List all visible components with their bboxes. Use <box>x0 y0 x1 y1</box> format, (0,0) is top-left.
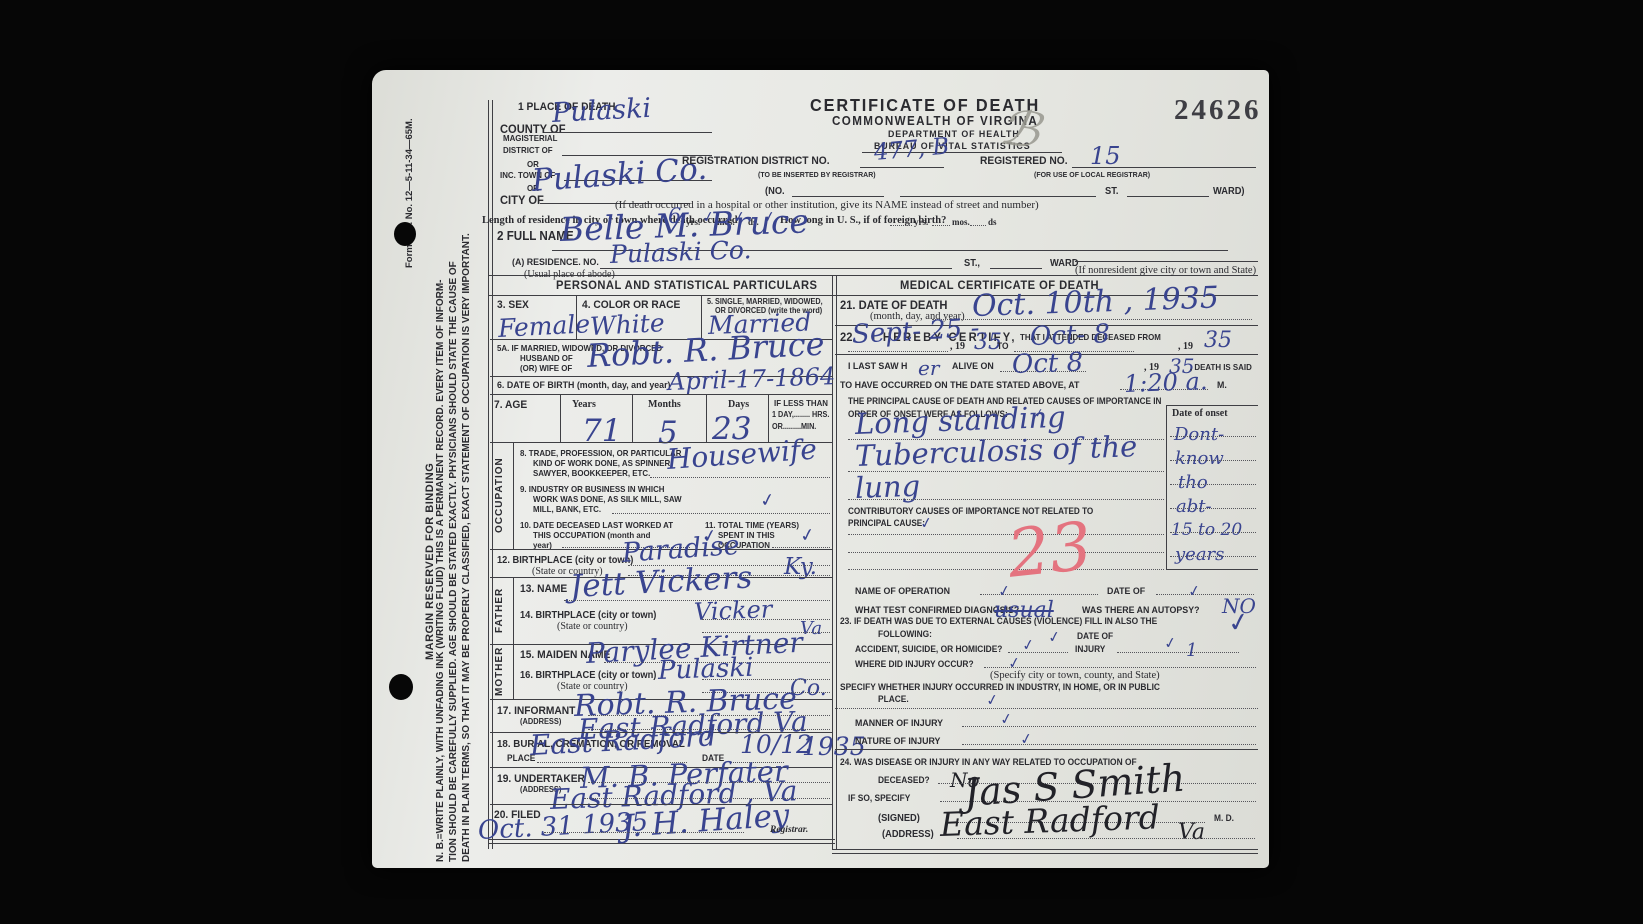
informant-label: 17. INFORMANT <box>497 706 575 718</box>
side-box-divider <box>513 442 514 549</box>
registration-district-value: 477, B <box>873 135 950 164</box>
local-registrar-note: (FOR USE OF LOCAL REGISTRAR) <box>1034 171 1150 179</box>
leader <box>970 225 986 226</box>
manner-checkmark: ✓ <box>999 709 1015 729</box>
district-of-label: DISTRICT OF <box>503 146 553 155</box>
leader <box>848 569 1164 570</box>
registration-district-label: REGISTRATION DISTRICT NO. <box>682 156 830 168</box>
leader <box>1170 436 1256 437</box>
married-label-2: HUSBAND OF <box>520 354 573 363</box>
county-value-handwriting: Pulaski <box>551 95 651 127</box>
if-less-label-3: OR.........MIN. <box>772 423 816 431</box>
photo-background: Form V. S. No. 12—5-11-34—65M. MARGIN RE… <box>0 0 1643 924</box>
burial-place-handwriting: East Radford <box>529 722 717 760</box>
injury-mark-handwriting: 1 <box>1186 642 1197 660</box>
physician-state-handwriting: Va <box>1178 822 1205 844</box>
registered-no-value: 15 <box>1090 144 1121 168</box>
industry-label-2: WORK WAS DONE, AS SILK MILL, SAW <box>533 495 682 504</box>
accident-checkmark: ✓ <box>1021 635 1037 655</box>
to-label: TO <box>997 342 1008 351</box>
st-rule <box>1127 196 1209 197</box>
leader <box>702 679 830 680</box>
registered-no-label: REGISTERED NO. <box>980 156 1068 168</box>
nb-line-2: TION SHOULD BE CAREFULLY SUPPLIED. AGE S… <box>447 110 460 862</box>
nature-label: NATURE OF INJURY <box>855 737 940 747</box>
leader <box>544 832 744 833</box>
occupation-side-label: OCCUPATION <box>494 442 505 549</box>
column-divider <box>832 275 837 849</box>
street-rule <box>900 196 1096 197</box>
red-pencil-number: 23 <box>1005 513 1095 587</box>
no-rule <box>792 196 884 197</box>
trade-label-1: 8. TRADE, PROFESSION, OR PARTICULAR <box>520 449 681 458</box>
leader <box>650 477 830 478</box>
certificate-number-stamp: 24626 <box>1174 94 1262 127</box>
year-prefix-1: , 19 <box>950 342 965 353</box>
age-label: 7. AGE <box>494 400 527 412</box>
onset-line-6: years <box>1175 546 1224 564</box>
specify-label-1: SPECIFY WHETHER INJURY OCCURRED IN INDUS… <box>840 683 1160 692</box>
filed-signature-handwriting: J. H. Haley <box>621 800 791 843</box>
cause-line-2-handwriting: Tuberculosis of the <box>854 432 1137 471</box>
industry-checkmark: ✓ <box>758 489 777 512</box>
nonresident-note: (If nonresident give city or town and St… <box>1075 265 1256 276</box>
form-left-border <box>488 100 493 849</box>
leader <box>584 798 830 799</box>
dod-label: 21. DATE OF DEATH <box>840 299 947 312</box>
onset-box-top <box>1166 405 1258 406</box>
specify-checkmark: ✓ <box>985 690 1001 710</box>
last-saw-handwriting: Oct 8 <box>1012 350 1084 378</box>
onset-line-4: abt- <box>1176 498 1212 516</box>
if-less-label-1: IF LESS THAN <box>774 399 828 408</box>
leader <box>848 499 1164 500</box>
address-label: (ADDRESS) <box>882 830 934 841</box>
sex-label: 3. SEX <box>497 300 529 312</box>
row-rule <box>835 749 1258 750</box>
registrar-insert-note: (TO BE INSERTED BY REGISTRAR) <box>758 171 876 179</box>
manner-label: MANNER OF INJURY <box>855 719 943 729</box>
birthplace-label: 12. BIRTHPLACE (city or town) <box>497 556 633 567</box>
last-worked-label-1: 10. DATE DECEASED LAST WORKED AT <box>520 521 673 530</box>
residence-a-handwriting: Pulaski Co. <box>610 237 752 267</box>
leader <box>1170 484 1256 485</box>
street-no-label: (NO. <box>765 187 785 198</box>
onset-label: Date of onset <box>1172 409 1228 420</box>
dob-label: 6. DATE OF BIRTH (month, day, and year) <box>497 381 670 391</box>
leader <box>848 552 1164 553</box>
yrs2-label: yrs. <box>914 218 928 227</box>
autopsy-label: WAS THERE AN AUTOPSY? <box>1082 606 1199 616</box>
if-so-label: IF SO, SPECIFY <box>848 794 910 803</box>
industry-label-3: MILL, BANK, ETC. <box>533 505 601 514</box>
months-header: Months <box>648 400 681 411</box>
occurred-label: TO HAVE OCCURRED ON THE DATE STATED ABOV… <box>840 381 1079 391</box>
physician-city-handwriting: East Radford <box>939 800 1160 841</box>
trade-label-3: SAWYER, BOOKKEEPER, ETC. <box>533 469 650 478</box>
last-saw-label-1: I LAST SAW H <box>848 362 907 372</box>
industry-label-1: 9. INDUSTRY OR BUSINESS IN WHICH <box>520 485 665 494</box>
where-injury-label: WHERE DID INJURY OCCUR? <box>855 660 974 669</box>
dob-handwriting: April-17-1864 <box>668 364 836 394</box>
attended-to-year-handwriting: 35 <box>1204 330 1232 352</box>
nb-line-1: N. B.=WRITE PLAINLY, WITH UNFADING INK (… <box>434 110 447 862</box>
father-bp-state-handwriting: Va <box>800 620 822 638</box>
side-box-divider <box>513 577 514 644</box>
specify-label-2: PLACE. <box>878 695 909 704</box>
sex-value-handwriting: Female <box>497 311 590 341</box>
onset-line-5: 15 to 20 <box>1171 522 1242 539</box>
nb-instructions: N. B.=WRITE PLAINLY, WITH UNFADING INK (… <box>434 110 473 862</box>
years-header: Years <box>572 400 596 411</box>
where-sub-note: (Specify city or town, county, and State… <box>990 670 1160 681</box>
total-time-checkmark: ✓ <box>798 524 817 547</box>
ds2-label: ds <box>988 218 997 227</box>
leader <box>1170 508 1256 509</box>
regdist-rule <box>860 167 944 168</box>
md-label: M. D. <box>1214 814 1234 823</box>
father-bp-sub: (State or country) <box>557 622 628 633</box>
external-checkmark: ✓ <box>1047 627 1063 647</box>
father-name-label: 13. NAME <box>520 584 567 596</box>
st-label: ST. <box>1105 187 1118 198</box>
residence-a-rule <box>600 268 952 269</box>
accident-label: ACCIDENT, SUICIDE, OR HOMICIDE? <box>855 645 1002 654</box>
operation-date-checkmark: ✓ <box>1187 581 1203 601</box>
dod-handwriting: Oct. 10th , 1935 <box>971 283 1219 322</box>
mother-bp-label: 16. BIRTHPLACE (city or town) <box>520 671 656 682</box>
last-saw-er-handwriting: er <box>918 358 939 378</box>
leader <box>848 351 948 352</box>
father-side-label: FATHER <box>494 577 505 644</box>
leader <box>1170 532 1256 533</box>
leader <box>957 838 1255 839</box>
magisterial-label: MAGISTERIAL <box>503 134 557 143</box>
onset-line-2: know <box>1175 450 1224 468</box>
leader <box>702 619 830 620</box>
nature-checkmark: ✓ <box>1019 729 1035 749</box>
ward-label: WARD) <box>1213 187 1245 198</box>
informant-addr-label: (ADDRESS) <box>520 718 561 726</box>
mos2-label: mos. <box>952 218 970 227</box>
trade-label-2: KIND OF WORK DONE, AS SPINNER, <box>533 459 672 468</box>
operation-date-label: DATE OF <box>1107 587 1145 597</box>
leader <box>932 225 950 226</box>
if-less-label-2: 1 DAY,........ HRS. <box>772 411 829 419</box>
leader <box>835 708 1258 709</box>
operation-label: NAME OF OPERATION <box>855 587 950 597</box>
mother-side-label: MOTHER <box>494 644 505 699</box>
left-band-title: PERSONAL AND STATISTICAL PARTICULARS <box>556 279 817 292</box>
signed-label: (SIGNED) <box>878 814 920 825</box>
married-label-3: (OR) WIFE OF <box>520 364 572 373</box>
leader <box>588 715 830 716</box>
leader <box>612 513 830 514</box>
county-rule <box>544 132 712 133</box>
leader <box>1117 652 1239 653</box>
leader <box>1170 460 1256 461</box>
punch-hole-top <box>394 222 416 246</box>
attended-to-handwriting: Oct- 8 <box>1030 321 1111 350</box>
leader <box>588 782 830 783</box>
injury-date-checkmark: ✓ <box>1163 633 1179 653</box>
onset-line-1: Dont- <box>1174 426 1224 444</box>
registrar-label: Registrar. <box>770 826 808 836</box>
deceased-label: DECEASED? <box>878 776 930 785</box>
father-bp-label: 14. BIRTHPLACE (city or town) <box>520 611 656 622</box>
death-certificate-document: Form V. S. No. 12—5-11-34—65M. MARGIN RE… <box>372 70 1269 868</box>
punch-hole-bottom <box>389 674 413 700</box>
injury-date-label-2: INJURY <box>1075 645 1105 654</box>
right-bottom-border <box>832 849 1258 854</box>
cell-divider <box>560 394 561 442</box>
onset-box-divider <box>1166 405 1167 569</box>
leader <box>890 225 912 226</box>
total-time-label-1: 11. TOTAL TIME (YEARS) <box>705 521 799 530</box>
cell-divider <box>632 394 633 442</box>
st2-label: ST., <box>964 259 980 270</box>
cell-divider <box>706 394 707 442</box>
row-rule <box>490 394 832 395</box>
last-saw-label-2: ALIVE ON <box>952 362 994 372</box>
st2-rule <box>990 268 1042 269</box>
days-header: Days <box>728 400 749 411</box>
residence-a-label: (A) RESIDENCE. NO. <box>512 258 599 268</box>
side-box-divider <box>513 644 514 699</box>
nonresident-rule <box>1075 261 1258 262</box>
onset-line-3: tho <box>1178 474 1208 492</box>
nb-line-3: DEATH IN PLAIN TERMS, SO THAT IT MAY BE … <box>460 110 473 862</box>
leader <box>962 744 1256 745</box>
occurred-m-label: M. <box>1217 381 1227 391</box>
leader <box>984 667 1256 668</box>
year-prefix-2: , 19 <box>1178 342 1193 353</box>
contributory-label-2: PRINCIPAL CAUSE: <box>848 519 925 528</box>
external-label-1: 23. IF DEATH WAS DUE TO EXTERNAL CAUSES … <box>840 617 1157 626</box>
onset-box-bottom <box>1166 569 1258 570</box>
occurred-time-handwriting: 1:20 a. <box>1124 369 1208 396</box>
injury-date-label-1: DATE OF <box>1077 632 1113 641</box>
marital-label-1: 5. SINGLE, MARRIED, WIDOWED, <box>707 298 823 306</box>
regno-rule <box>1072 167 1256 168</box>
trade-value-handwriting: Housewife <box>666 436 818 474</box>
external-label-2: FOLLOWING: <box>878 630 932 639</box>
leader <box>1170 556 1256 557</box>
